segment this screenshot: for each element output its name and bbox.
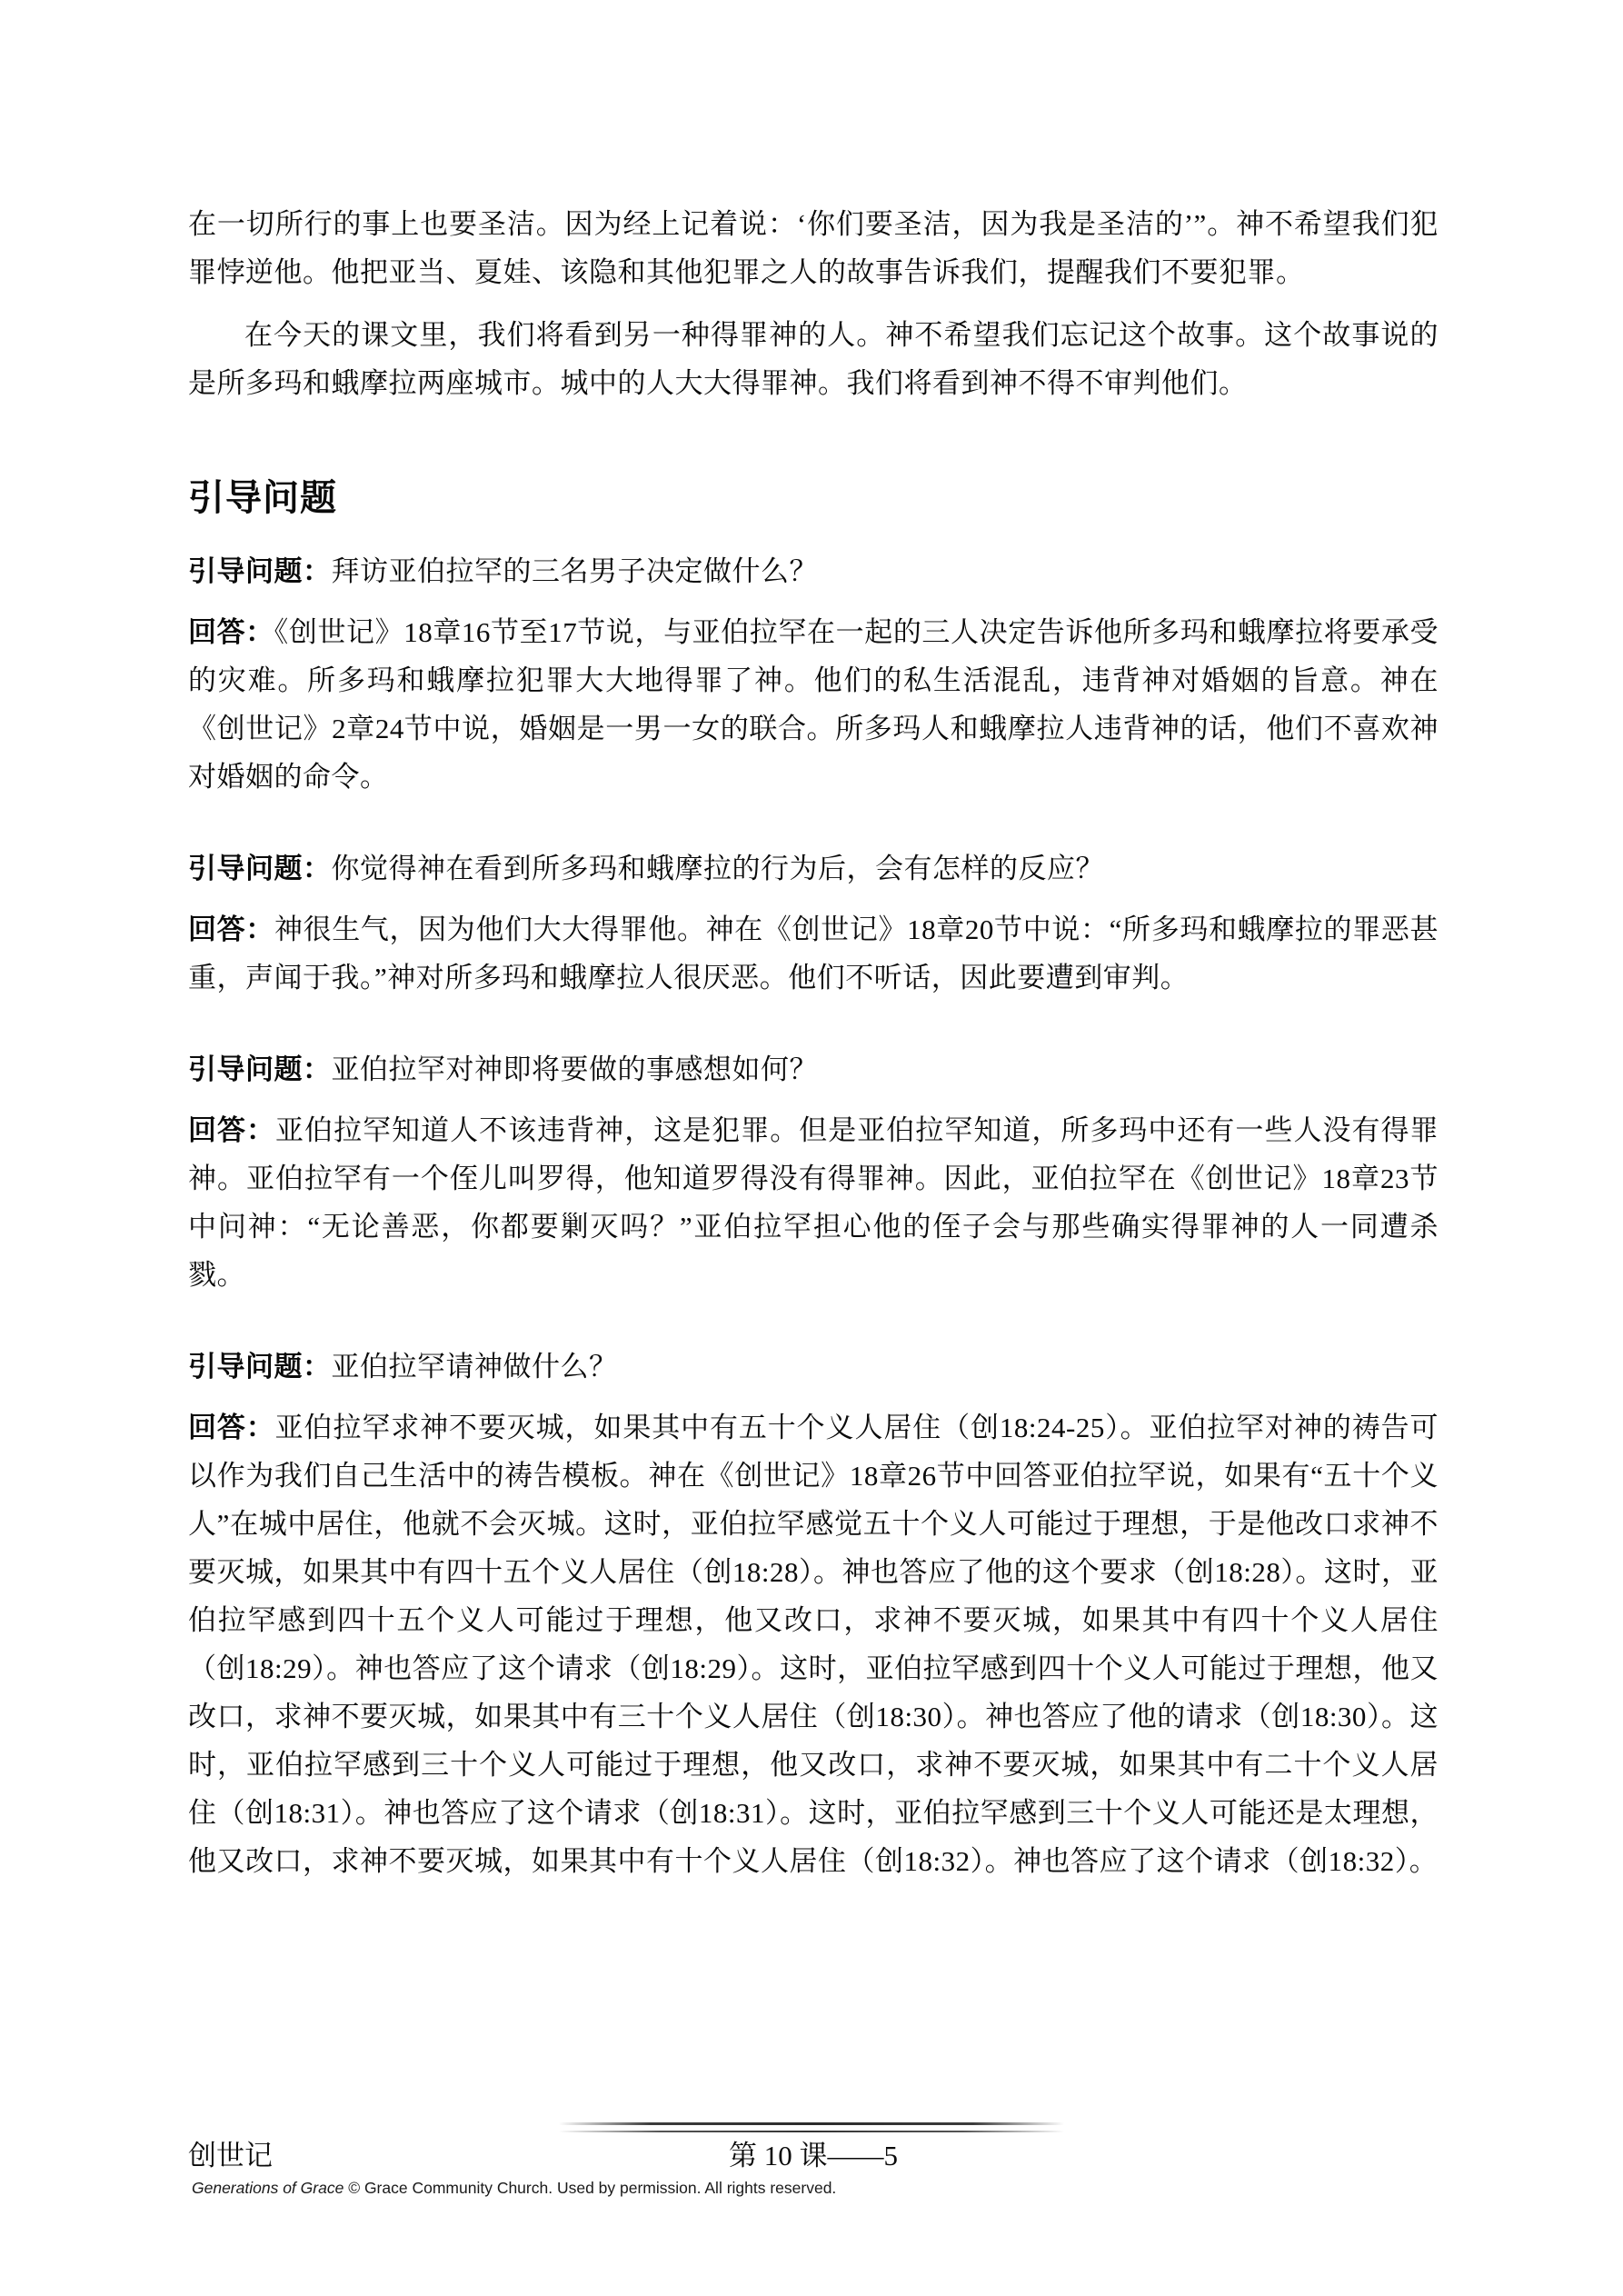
answer-label: 回答： xyxy=(188,913,274,945)
answer-label: 回答： xyxy=(188,1114,275,1146)
intro-paragraph-1: 在一切所行的事上也要圣洁。因为经上记着说：‘你们要圣洁，因为我是圣洁的’”。神不… xyxy=(188,200,1439,296)
footer-divider-line-bottom xyxy=(559,2131,1064,2132)
question-text: 你觉得神在看到所多玛和蛾摩拉的行为后，会有怎样的反应？ xyxy=(332,853,1105,884)
qa-block-4: 引导问题：亚伯拉罕请神做什么？ 回答：亚伯拉罕求神不要灭城，如果其中有五十个义人… xyxy=(188,1343,1439,1885)
section-heading: 引导问题 xyxy=(188,473,1439,524)
copyright-line: Generations of Grace © Grace Community C… xyxy=(192,2178,836,2198)
question-2: 引导问题：你觉得神在看到所多玛和蛾摩拉的行为后，会有怎样的反应？ xyxy=(188,844,1439,893)
footer-book-title: 创世记 xyxy=(188,2138,273,2174)
question-label: 引导问题： xyxy=(188,1053,332,1085)
qa-block-1: 引导问题：拜访亚伯拉罕的三名男子决定做什么？ 回答：《创世记》18章16节至17… xyxy=(188,547,1439,801)
answer-label: 回答： xyxy=(188,1412,275,1443)
question-text: 亚伯拉罕对神即将要做的事感想如何？ xyxy=(332,1053,819,1085)
qa-block-3: 引导问题：亚伯拉罕对神即将要做的事感想如何？ 回答：亚伯拉罕知道人不该违背神，这… xyxy=(188,1045,1439,1299)
intro-paragraph-2: 在今天的课文里，我们将看到另一种得罪神的人。神不希望我们忘记这个故事。这个故事说… xyxy=(188,311,1439,407)
document-page: 在一切所行的事上也要圣洁。因为经上记着说：‘你们要圣洁，因为我是圣洁的’”。神不… xyxy=(0,0,1623,2296)
answer-text: 《创世记》18章16节至17节说，与亚伯拉罕在一起的三人决定告诉他所多玛和蛾摩拉… xyxy=(188,616,1439,793)
footer-divider-line-top xyxy=(559,2122,1064,2125)
footer-page-number: 第 10 课——5 xyxy=(188,2138,1439,2174)
answer-4: 回答：亚伯拉罕求神不要灭城，如果其中有五十个义人居住（创18:24-25）。亚伯… xyxy=(188,1403,1439,1885)
footer-divider xyxy=(559,2122,1064,2132)
qa-block-2: 引导问题：你觉得神在看到所多玛和蛾摩拉的行为后，会有怎样的反应？ 回答：神很生气… xyxy=(188,844,1439,1002)
copyright-series-title: Generations of Grace xyxy=(192,2179,344,2197)
page-footer: 创世记 第 10 课——5 xyxy=(188,2138,1439,2174)
question-1: 引导问题：拜访亚伯拉罕的三名男子决定做什么？ xyxy=(188,547,1439,595)
answer-2: 回答：神很生气，因为他们大大得罪他。神在《创世记》18章20节中说：“所多玛和蛾… xyxy=(188,905,1439,1002)
question-label: 引导问题： xyxy=(188,555,332,587)
question-4: 引导问题：亚伯拉罕请神做什么？ xyxy=(188,1343,1439,1391)
answer-text: 神很生气，因为他们大大得罪他。神在《创世记》18章20节中说：“所多玛和蛾摩拉的… xyxy=(188,913,1439,993)
page-content: 在一切所行的事上也要圣洁。因为经上记着说：‘你们要圣洁，因为我是圣洁的’”。神不… xyxy=(188,200,1439,1885)
question-label: 引导问题： xyxy=(188,853,332,884)
question-label: 引导问题： xyxy=(188,1351,332,1383)
question-3: 引导问题：亚伯拉罕对神即将要做的事感想如何？ xyxy=(188,1045,1439,1093)
answer-text: 亚伯拉罕知道人不该违背神，这是犯罪。但是亚伯拉罕知道，所多玛中还有一些人没有得罪… xyxy=(188,1114,1439,1291)
question-text: 亚伯拉罕请神做什么？ xyxy=(332,1351,618,1383)
answer-label: 回答： xyxy=(188,616,274,648)
copyright-text: © Grace Community Church. Used by permis… xyxy=(348,2179,836,2197)
answer-1: 回答：《创世记》18章16节至17节说，与亚伯拉罕在一起的三人决定告诉他所多玛和… xyxy=(188,608,1439,801)
answer-text: 亚伯拉罕求神不要灭城，如果其中有五十个义人居住（创18:24-25）。亚伯拉罕对… xyxy=(188,1412,1439,1877)
answer-3: 回答：亚伯拉罕知道人不该违背神，这是犯罪。但是亚伯拉罕知道，所多玛中还有一些人没… xyxy=(188,1106,1439,1299)
question-text: 拜访亚伯拉罕的三名男子决定做什么？ xyxy=(332,555,819,587)
